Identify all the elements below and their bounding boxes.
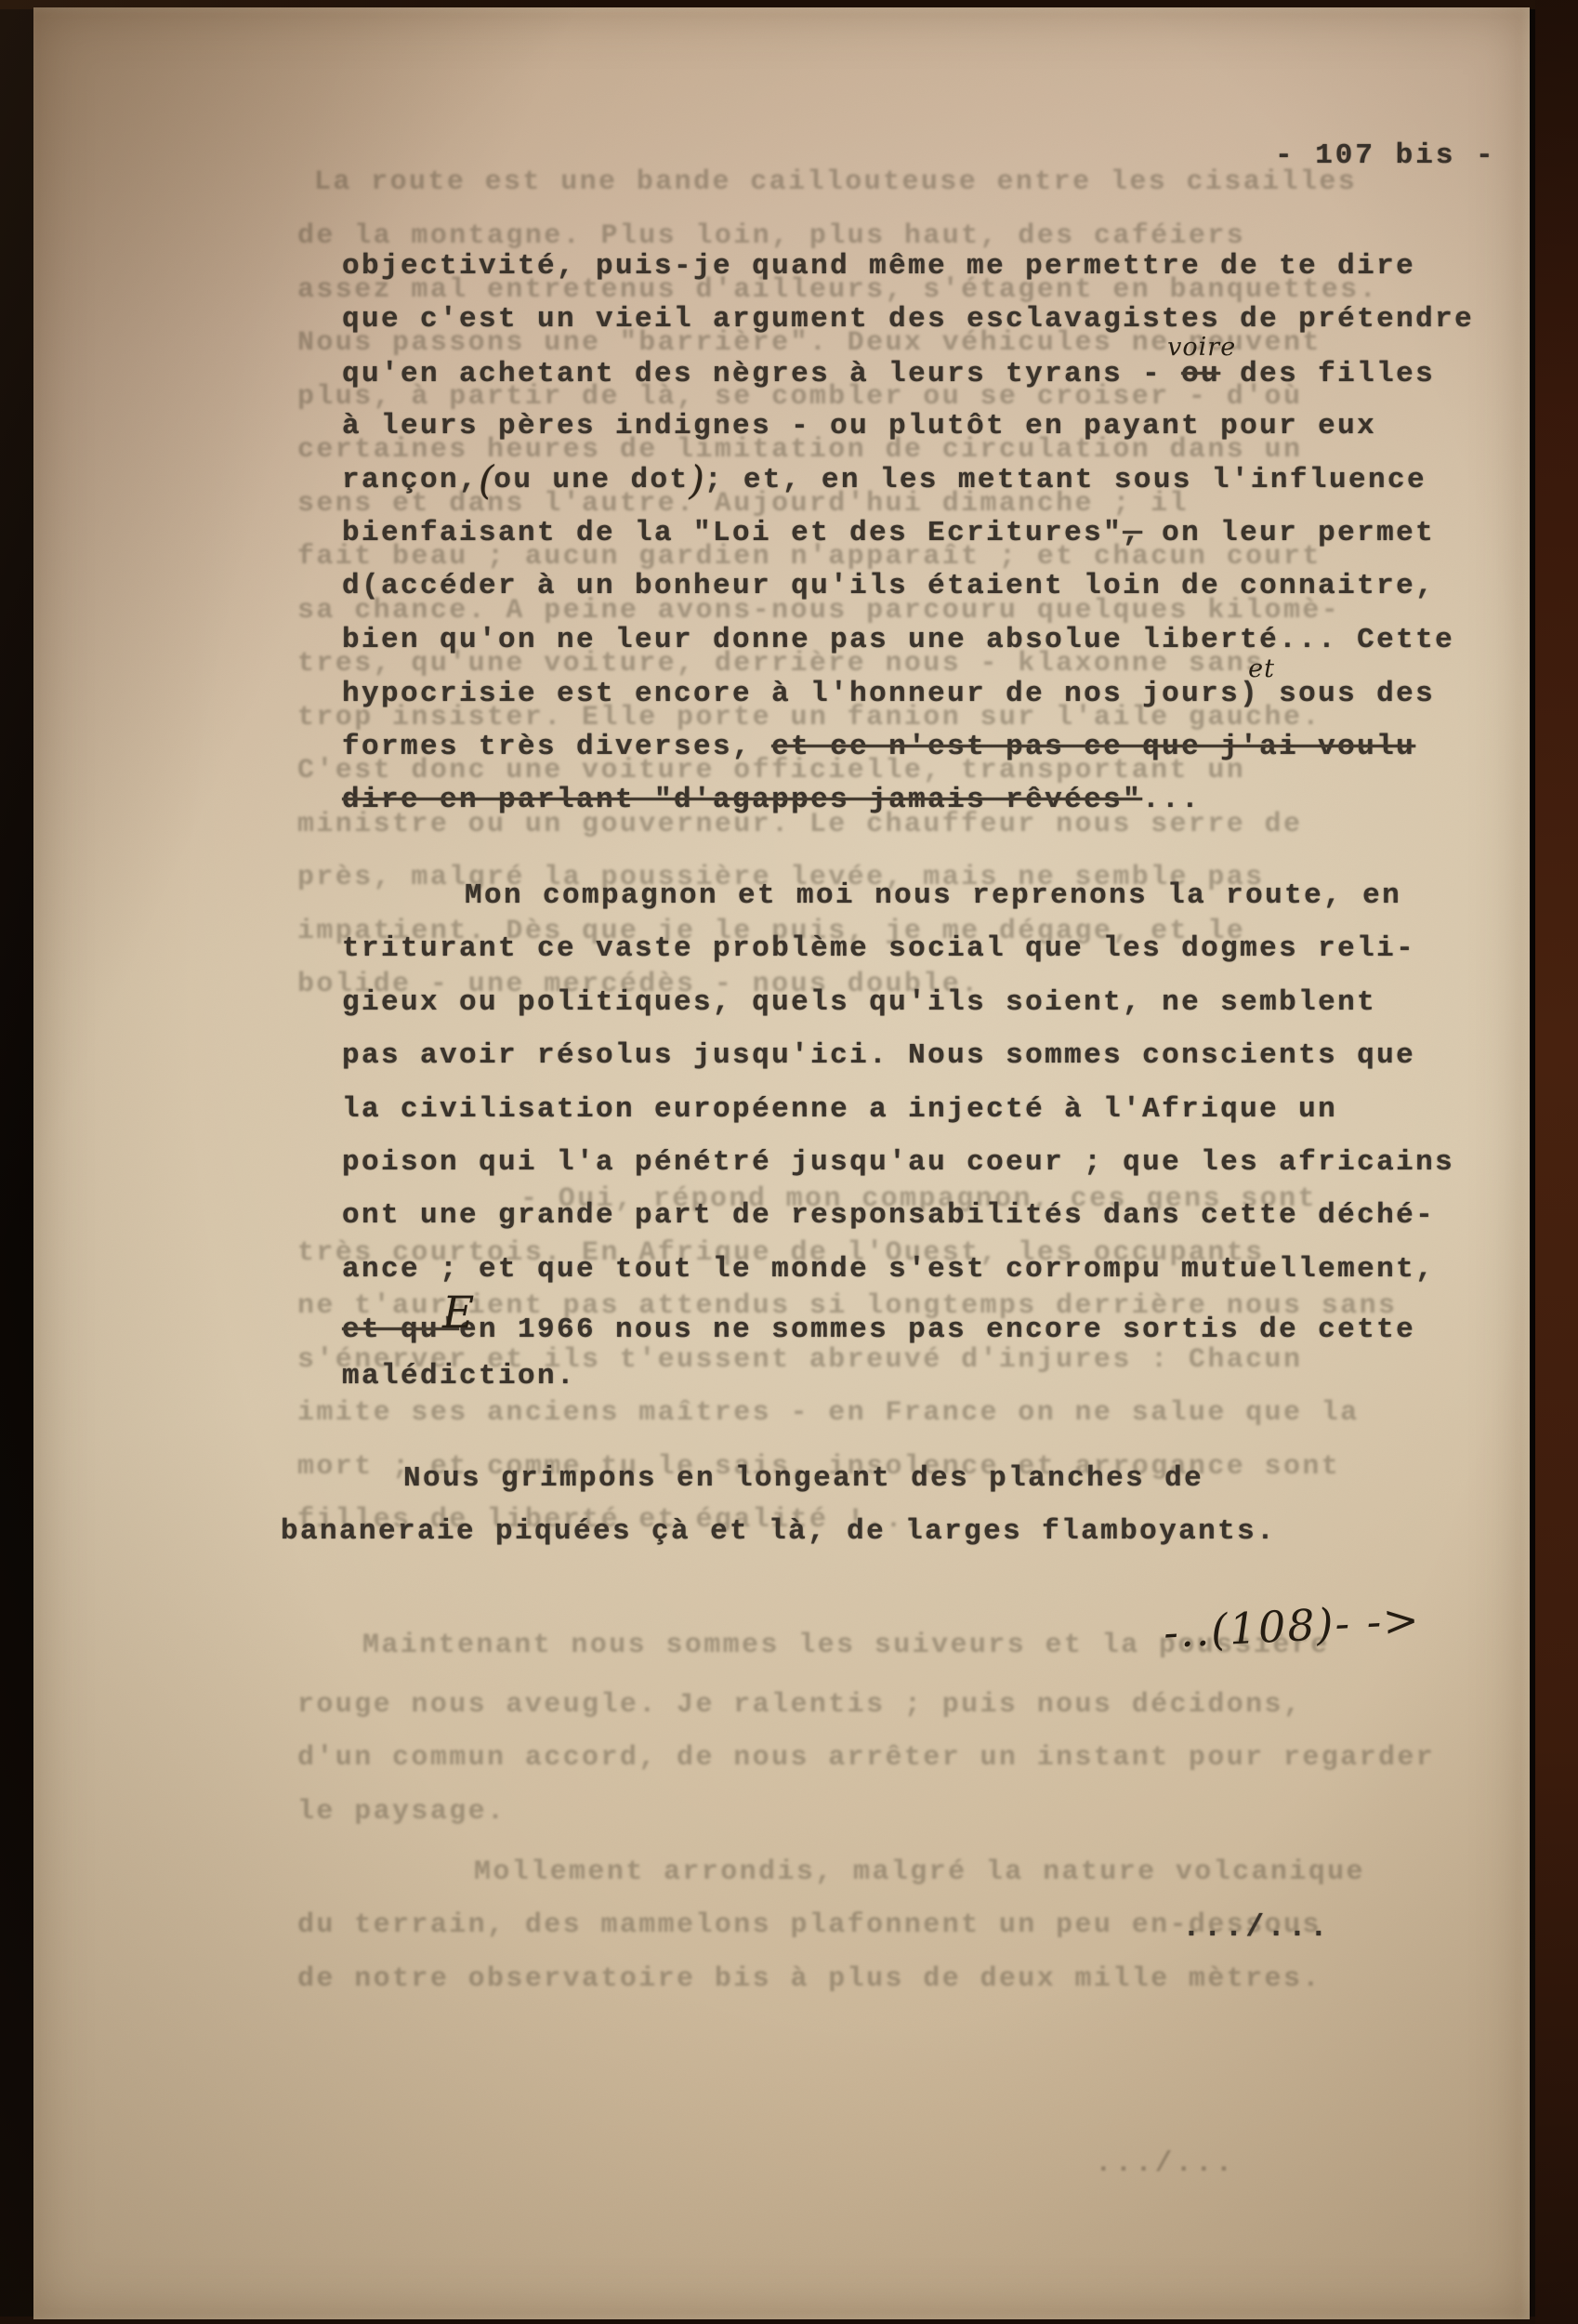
typed-text: bienfaisant de la "Loi et des Ecritures" <box>342 517 1123 549</box>
typed-text: à leurs pères indignes - ou plutôt en pa… <box>342 410 1376 442</box>
typed-text: bananeraie piquées çà et là, de larges f… <box>281 1515 1276 1548</box>
typed-line: pas avoir résolus jusqu'ici. Nous sommes… <box>342 1029 1513 1082</box>
typed-line: gieux ou politiques, quels qu'ils soient… <box>342 976 1513 1029</box>
typed-text: d(accéder à un bonheur qu'ils étaient lo… <box>342 570 1435 602</box>
typed-line: rançon,(ou une dot); et, en les mettant … <box>342 454 1513 507</box>
typed-line: bananeraie piquées çà et là, de larges f… <box>281 1505 1452 1558</box>
handwritten-paren: ) <box>689 457 704 503</box>
ghost-line: le paysage. <box>297 1786 506 1838</box>
typed-line: objectivité, puis-je quand même me perme… <box>342 240 1513 293</box>
typed-text: la civilisation européenne a injecté à l… <box>342 1093 1337 1126</box>
typed-line: malédiction. <box>342 1350 1513 1403</box>
struck-text: ou <box>1181 358 1220 390</box>
typed-text: que c'est un vieil argument des esclavag… <box>342 303 1474 336</box>
typed-line: d(accéder à un bonheur qu'ils étaient lo… <box>342 560 1513 613</box>
typed-text: pas avoir résolus jusqu'ici. Nous sommes… <box>342 1039 1415 1072</box>
typed-text: triturant ce vaste problème social que l… <box>342 932 1415 965</box>
typed-line: formes très diverses, et ce n'est pas ce… <box>342 720 1513 773</box>
page-number: - 107 bis - <box>1275 138 1496 175</box>
typed-line: bien qu'on ne leur donne pas une absolue… <box>342 614 1513 667</box>
typed-line: poison qui l'a pénétré jusqu'au coeur ; … <box>342 1136 1513 1189</box>
typed-text: des filles <box>1220 358 1435 390</box>
typed-text: gieux ou politiques, quels qu'ils soient… <box>342 986 1376 1019</box>
typed-line: triturant ce vaste problème social que l… <box>342 922 1513 975</box>
typed-text: hypocrisie est encore à l'honneur de nos… <box>342 678 1259 710</box>
handwritten-page-reference: -..(108)- -> <box>1163 1594 1422 1657</box>
typed-text: rançon, <box>342 464 479 496</box>
typed-text: objectivité, puis-je quand même me perme… <box>342 250 1415 283</box>
typed-line: hypocrisie est encore à l'honneur de nos… <box>342 667 1513 720</box>
typed-text: ... <box>1142 784 1201 816</box>
typed-line: ance ; et que tout le monde s'est corrom… <box>342 1243 1513 1296</box>
ghost-line: d'un commun accord, de nous arrêter un i… <box>297 1732 1435 1784</box>
typed-text: ; et, en les mettant sous l'influence <box>704 464 1427 496</box>
typed-text: formes très diverses, <box>342 731 771 763</box>
typed-line: ont une grande part de responsabilités d… <box>342 1189 1513 1242</box>
struck-text: et ce n'est pas ce que j'ai voulu <box>771 731 1415 763</box>
typed-line: et qu'Een 1966 nous ne sommes pas encore… <box>342 1296 1513 1349</box>
ghost-line: de notre observatoire bis à plus de deux… <box>297 1953 1322 2005</box>
typed-text: ance ; et que tout le monde s'est corrom… <box>342 1253 1435 1286</box>
paragraph: Mon compagnon et moi nous reprenons la r… <box>342 869 1513 1403</box>
typed-text: malédiction. <box>342 1360 576 1393</box>
typed-text: Nous grimpons en longeant des planches d… <box>403 1462 1203 1495</box>
typed-text: poison qui l'a pénétré jusqu'au coeur ; … <box>342 1146 1454 1179</box>
ghost-line: du terrain, des mammelons plafonnent un … <box>297 1899 1322 1951</box>
ghost-line: La route est une bande caillouteuse entr… <box>314 156 1357 208</box>
typed-line: dire en parlant "d'agappes jamais rêvées… <box>342 773 1513 826</box>
continuation-mark: .../... <box>1182 1908 1331 1948</box>
typed-line: Nous grimpons en longeant des planches d… <box>281 1452 1452 1505</box>
typed-text: qu'en achetant des nègres à leurs tyrans… <box>342 358 1181 390</box>
typed-text: ou une dot <box>493 464 689 496</box>
typed-text: ont une grande part de responsabilités d… <box>342 1199 1435 1232</box>
paragraph: objectivité, puis-je quand même me perme… <box>342 240 1513 826</box>
typed-text: on leur permet <box>1142 517 1435 549</box>
typed-line: à leurs pères indignes - ou plutôt en pa… <box>342 400 1513 453</box>
struck-text: dire en parlant "d'agappes jamais rêvées… <box>342 784 1142 816</box>
ghost-line: rouge nous aveugle. Je ralentis ; puis n… <box>297 1679 1302 1731</box>
typed-text: bien qu'on ne leur donne pas une absolue… <box>342 624 1454 656</box>
typed-text: Mon compagnon et moi nous reprenons la r… <box>465 879 1401 912</box>
typed-text: sous des <box>1259 678 1435 710</box>
typed-line: que c'est un vieil argument des esclavag… <box>342 293 1513 346</box>
handwritten-paren: ( <box>479 457 493 503</box>
typed-line: Mon compagnon et moi nous reprenons la r… <box>342 869 1513 922</box>
ghost-line: Mollement arrondis, malgré la nature vol… <box>474 1846 1365 1898</box>
typed-text: en 1966 nous ne sommes pas encore sortis… <box>459 1314 1415 1346</box>
typed-line: la civilisation européenne a injecté à l… <box>342 1083 1513 1136</box>
typed-line: bienfaisant de la "Loi et des Ecritures"… <box>342 507 1513 560</box>
paragraph: Nous grimpons en longeant des planches d… <box>281 1452 1452 1559</box>
typed-line: qu'en achetant des nègres à leurs tyrans… <box>342 347 1513 400</box>
struck-text: , <box>1123 517 1142 549</box>
page-content-layer: La route est une bande caillouteuse entr… <box>0 0 1578 2324</box>
ghost-continuation-mark: .../... <box>1095 2146 1235 2183</box>
